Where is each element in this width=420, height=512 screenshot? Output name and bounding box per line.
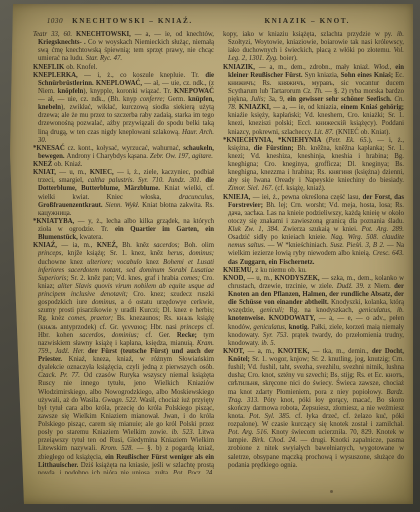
entry-paragraph: *KNIECHYNIA, *KNIEHYNIA (Petr. Ek. 65.),… [223,137,404,194]
entry-paragraph: KNIAŹ, — ia, m., KNEŹ, Bh. kněz sacerdos… [33,242,214,474]
page-number: 1030 [47,17,63,25]
text-block: Teatr 33, 60. KNECHTOWSKI, — a, — ie, od… [33,31,405,474]
entry-paragraph: KNIEJA, — iei, ż., pewna określona część… [223,194,404,267]
entry-paragraph: KNOD, — u, m., KNODYSZEK, — szka, m., de… [223,275,404,348]
entry-paragraph: kopy, iako w kniaziu książęta, szlachta … [223,31,404,64]
running-head-left-cell: 1030 KNECHTOWSKI – KNIAŹ. [26,17,214,25]
entry-paragraph: KNEFLIK ob. Knofel. [33,64,214,72]
column-right: kopy, iako w kniaziu książęta, szlachta … [223,31,404,474]
entry-paragraph: KNOT, — a, m., KNOTEK, — tka, m., demin.… [223,348,404,470]
page-header: 1030 KNECHTOWSKI – KNIAŹ. KNIAZIK – KNOT… [26,17,401,25]
entry-paragraph: KNIEMU, z ku niemu ob. ku. [223,267,404,275]
ink-speck [330,490,333,493]
entry-paragraph: KNIAT, — u, m., KNIEC, — i, ż., ziele, k… [33,169,214,218]
entry-paragraph: *KNIATYBA, — y, ż., lecha albo kilka grz… [33,218,214,242]
running-head-right: KNIAZIK – KNOT. [264,17,350,25]
column-left: Teatr 33, 60. KNECHTOWSKI, — a, — ie, od… [33,31,214,474]
entry-paragraph: KNEŹ ob. Kniaź. [33,161,214,169]
entry-paragraph: KNIAZIK, — a, m., dem., zdrobn., mały kn… [223,64,404,137]
entry-paragraph: KNEPLERKA, — i, ż., co koszule knepluie.… [33,72,214,145]
scanned-document: 1030 KNECHTOWSKI – KNIAŹ. KNIAZIK – KNOT… [0,0,420,512]
running-head-right-cell: KNIAZIK – KNOT. [214,17,402,25]
book-page: 1030 KNECHTOWSKI – KNIAŹ. KNIAZIK – KNOT… [8,4,413,504]
entry-paragraph: *KNESAĆ cz. kont., kołysać, wyrzucać, wa… [33,145,214,161]
running-head-left: KNECHTOWSKI – KNIAŹ. [72,17,193,25]
entry-paragraph: Teatr 33, 60. KNECHTOWSKI, — a, — ie, od… [33,31,214,64]
